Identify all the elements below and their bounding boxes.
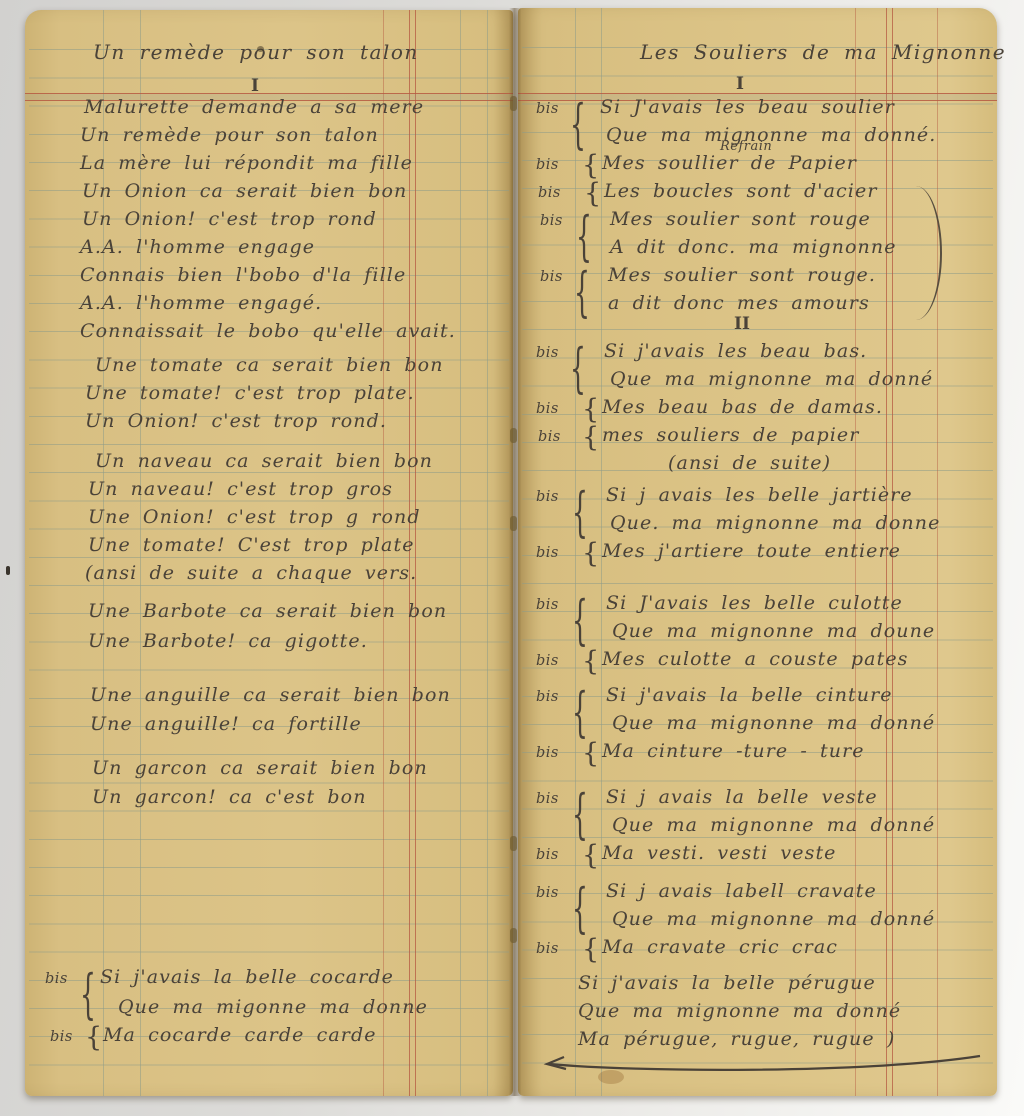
handwriting-line: bis{Si j'avais la belle cinture <box>518 684 997 712</box>
handwriting-line: bis{Mes beau bas de damas. <box>518 396 997 424</box>
bis-marker: bis <box>540 269 563 285</box>
handwriting-text: Connaissait le bobo qu'elle avait. <box>80 320 456 342</box>
handwriting-text: Que ma mignonne ma donné. <box>606 124 936 146</box>
handwriting-text: mes souliers de papier <box>602 424 859 446</box>
handwriting-text: Que ma mignonne ma donné <box>612 908 935 930</box>
brace-mark: { <box>582 394 599 425</box>
handwriting-text: Que. ma mignonne ma donne <box>610 512 940 534</box>
brace-mark: { <box>582 738 599 769</box>
handwriting-text: Un garcon! ca c'est bon <box>92 786 367 808</box>
handwriting-line: Une anguille! ca fortille <box>25 713 513 741</box>
handwriting-text: (ansi de suite) <box>668 452 831 474</box>
handwriting-text: Une Barbote ca serait bien bon <box>88 600 447 622</box>
handwriting-line: A.A. l'homme engagé. <box>25 292 513 320</box>
bis-marker: bis <box>536 653 559 669</box>
bis-marker: bis <box>536 545 559 561</box>
handwriting-text: Si J'avais les beau soulier <box>600 96 895 118</box>
handwriting-line: A dit donc. ma mignonne <box>518 236 997 264</box>
handwriting-text: Si j avais la belle veste <box>606 786 878 808</box>
handwriting-text: Ma cinture -ture - ture <box>602 740 865 762</box>
handwriting-line: bis{Ma cravate cric crac <box>518 936 997 964</box>
handwriting-line: Une tomate! C'est trop plate <box>25 534 513 562</box>
handwriting-text: Un Onion! c'est trop rond <box>82 208 377 230</box>
right-page-title: Les Souliers de ma Mignonne <box>640 40 1006 64</box>
handwriting-line: bis{Mes j'artiere toute entiere <box>518 540 997 568</box>
handwriting-text: Une Onion! c'est trop g rond <box>88 506 421 528</box>
handwriting-line: bis{Mes soulier sont rouge. <box>518 264 997 292</box>
handwriting-text: Une tomate ca serait bien bon <box>95 354 444 376</box>
handwriting-line: Une anguille ca serait bien bon <box>25 684 513 712</box>
brace-mark: { <box>582 422 599 453</box>
handwriting-line: Une tomate ca serait bien bon <box>25 354 513 382</box>
handwriting-text: Mes soullier de Papier <box>602 152 857 174</box>
handwriting-text: Que ma mignonne ma donné <box>578 1000 901 1022</box>
handwriting-text: Mes beau bas de damas. <box>602 396 883 418</box>
handwriting-line: La mère lui répondit ma fille <box>25 152 513 180</box>
handwriting-text: Si j'avais les beau bas. <box>604 340 867 362</box>
handwriting-text: Ma cravate cric crac <box>602 936 838 958</box>
handwriting-line: Une tomate! c'est trop plate. <box>25 382 513 410</box>
handwriting-line: bis{Mes soulier sont rouge <box>518 208 997 236</box>
handwriting-text: Un remède pour son talon <box>80 124 379 146</box>
bis-marker: bis <box>536 401 559 417</box>
bis-marker: bis <box>536 791 559 807</box>
handwriting-text: Que ma mignonne ma doune <box>612 620 935 642</box>
handwriting-line: Que ma mignonne ma donné <box>518 368 997 396</box>
handwriting-text: Un garcon ca serait bien bon <box>92 757 428 779</box>
brace-mark: { <box>582 538 599 569</box>
handwriting-text: Mes culotte a couste pates <box>602 648 909 670</box>
stitch-mark <box>510 96 517 111</box>
stitch-mark <box>510 928 517 943</box>
handwriting-text: La mère lui répondit ma fille <box>80 152 413 174</box>
handwriting-text: Si j'avais la belle pérugue <box>578 972 876 994</box>
bis-marker: bis <box>536 847 559 863</box>
handwriting-text: A.A. l'homme engage <box>80 236 315 258</box>
handwriting-text: Si J'avais les belle culotte <box>606 592 903 614</box>
left-page: Un remède pour son talon I Malurette dem… <box>25 10 513 1096</box>
handwriting-line: Un Onion ca serait bien bon <box>25 180 513 208</box>
handwriting-text: Les boucles sont d'acier <box>604 180 878 202</box>
handwriting-text: Mes soulier sont rouge. <box>608 264 876 286</box>
handwriting-text: Une tomate! C'est trop plate <box>88 534 415 556</box>
handwriting-text: Un naveau! c'est trop gros <box>88 478 393 500</box>
handwriting-line: bis{Mes culotte a couste pates <box>518 648 997 676</box>
handwriting-text: Mes j'artiere toute entiere <box>602 540 901 562</box>
bis-marker: bis <box>536 689 559 705</box>
handwriting-line: Connais bien l'bobo d'la fille <box>25 264 513 292</box>
handwriting-line: Que ma mignonne ma donné <box>518 712 997 740</box>
notebook-scan: Un remède pour son talon I Malurette dem… <box>0 0 1024 1116</box>
handwriting-line: Que ma mignonne ma donné <box>518 814 997 842</box>
handwriting-line: bis{Si J'avais les beau soulier <box>518 96 997 124</box>
handwriting-text: Une anguille ca serait bien bon <box>90 684 451 706</box>
bis-marker: bis <box>536 101 559 117</box>
handwriting-line: Un Onion! c'est trop rond <box>25 208 513 236</box>
handwriting-line: A.A. l'homme engage <box>25 236 513 264</box>
handwriting-line: Que ma migonne ma donne <box>25 996 513 1024</box>
brace-mark: { <box>582 646 599 677</box>
paper-speck <box>6 566 10 575</box>
handwriting-line: Que ma mignonne ma donné. <box>518 124 997 152</box>
handwriting-text: Une Barbote! ca gigotte. <box>88 630 368 652</box>
bis-marker: bis <box>538 185 561 201</box>
handwriting-line: bis{Ma vesti. vesti veste <box>518 842 997 870</box>
handwriting-text: Si j avais les belle jartière <box>606 484 913 506</box>
handwriting-text: Que ma migonne ma donne <box>118 996 428 1018</box>
left-page-title: Un remède pour son talon <box>93 40 419 64</box>
right-page-section-numeral-1: I <box>736 74 744 94</box>
bis-marker: bis <box>536 941 559 957</box>
stitch-mark <box>510 516 517 531</box>
handwriting-text: Mes soulier sont rouge <box>610 208 871 230</box>
bis-marker: bis <box>538 429 561 445</box>
handwriting-text: Malurette demande a sa mere <box>84 96 424 118</box>
handwriting-line: Connaissait le bobo qu'elle avait. <box>25 320 513 348</box>
brace-mark: { <box>582 150 599 181</box>
handwriting-line: bis{Si J'avais les belle culotte <box>518 592 997 620</box>
handwriting-text: Si j'avais la belle cocarde <box>100 966 394 988</box>
brace-mark: { <box>85 1022 102 1053</box>
handwriting-line: bis{Si j avais les belle jartière <box>518 484 997 512</box>
stitch-mark <box>510 836 517 851</box>
handwriting-text: Une tomate! c'est trop plate. <box>85 382 415 404</box>
bis-marker: bis <box>50 1029 73 1045</box>
handwriting-line: Que ma mignonne ma donné <box>518 1000 997 1028</box>
bis-marker: bis <box>536 597 559 613</box>
handwriting-text: Si j'avais la belle cinture <box>606 684 893 706</box>
handwriting-line: bis{Si j avais la belle veste <box>518 786 997 814</box>
handwriting-line: Que ma mignonne ma donné <box>518 908 997 936</box>
handwriting-text: Ma cocarde carde carde <box>103 1024 377 1046</box>
brace-mark: { <box>582 934 599 965</box>
handwriting-line: Un garcon! ca c'est bon <box>25 786 513 814</box>
bis-marker: bis <box>540 213 563 229</box>
handwriting-text: Que ma mignonne ma donné <box>612 712 935 734</box>
handwriting-line: Une Barbote! ca gigotte. <box>25 630 513 658</box>
handwriting-line: Un naveau! c'est trop gros <box>25 478 513 506</box>
bis-marker: bis <box>536 745 559 761</box>
left-page-section-numeral: I <box>251 76 259 96</box>
handwriting-text: (ansi de suite a chaque vers. <box>85 562 417 584</box>
brace-mark: { <box>582 840 599 871</box>
handwriting-line: Une Onion! c'est trop g rond <box>25 506 513 534</box>
handwriting-text: Une anguille! ca fortille <box>90 713 362 735</box>
handwriting-text: Un Onion ca serait bien bon <box>82 180 407 202</box>
handwriting-line: Un garcon ca serait bien bon <box>25 757 513 785</box>
handwriting-line: Un naveau ca serait bien bon <box>25 450 513 478</box>
right-page: Les Souliers de ma Mignonne I II Refrain… <box>518 8 997 1096</box>
handwriting-line: bis{Ma cinture -ture - ture <box>518 740 997 768</box>
handwriting-text: Un Onion! c'est trop rond. <box>85 410 387 432</box>
handwriting-line: bis{mes souliers de papier <box>518 424 997 452</box>
bis-marker: bis <box>45 971 68 987</box>
stitch-mark <box>510 428 517 443</box>
bis-marker: bis <box>536 345 559 361</box>
bis-marker: bis <box>536 157 559 173</box>
handwriting-text: Connais bien l'bobo d'la fille <box>80 264 406 286</box>
handwriting-line: Si j'avais la belle pérugue <box>518 972 997 1000</box>
handwriting-line: Que ma mignonne ma doune <box>518 620 997 648</box>
bis-marker: bis <box>536 885 559 901</box>
handwriting-text: A.A. l'homme engagé. <box>80 292 322 314</box>
handwriting-text: A dit donc. ma mignonne <box>610 236 897 258</box>
handwriting-line: bis{Mes soullier de Papier <box>518 152 997 180</box>
handwriting-text: Ma vesti. vesti veste <box>602 842 837 864</box>
handwriting-text: Que ma mignonne ma donné <box>610 368 933 390</box>
long-left-arrow-icon <box>534 1050 986 1076</box>
handwriting-text: Ma pérugue, rugue, rugue ) <box>578 1028 895 1050</box>
handwriting-line: bis{Si j avais labell cravate <box>518 880 997 908</box>
handwriting-line: a dit donc mes amours <box>518 292 997 320</box>
handwriting-text: Que ma mignonne ma donné <box>612 814 935 836</box>
handwriting-line: Que. ma mignonne ma donne <box>518 512 997 540</box>
handwriting-line: bis{Les boucles sont d'acier <box>518 180 997 208</box>
handwriting-line: bis{Si j'avais les beau bas. <box>518 340 997 368</box>
handwriting-text: Un naveau ca serait bien bon <box>95 450 433 472</box>
handwriting-line: bis{Si j'avais la belle cocarde <box>25 966 513 994</box>
handwriting-line: (ansi de suite a chaque vers. <box>25 562 513 590</box>
handwriting-text: a dit donc mes amours <box>608 292 870 314</box>
handwriting-line: (ansi de suite) <box>518 452 997 480</box>
handwriting-line: bis{Ma cocarde carde carde <box>25 1024 513 1052</box>
handwriting-line: Un Onion! c'est trop rond. <box>25 410 513 438</box>
handwriting-text: Si j avais labell cravate <box>606 880 877 902</box>
bis-marker: bis <box>536 489 559 505</box>
handwriting-line: Une Barbote ca serait bien bon <box>25 600 513 628</box>
handwriting-line: Un remède pour son talon <box>25 124 513 152</box>
handwriting-line: Malurette demande a sa mere <box>25 96 513 124</box>
